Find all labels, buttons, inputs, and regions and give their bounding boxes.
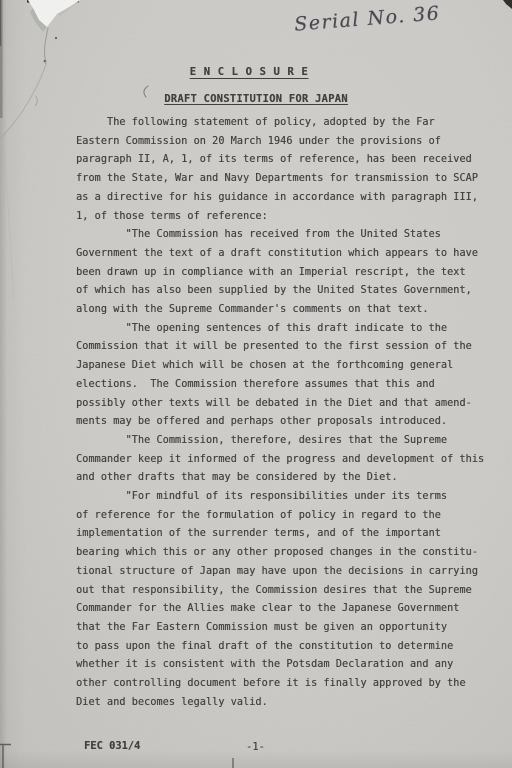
text-line: and other drafts that may be considered … bbox=[76, 469, 486, 488]
text-line: Diet and becomes legally valid. bbox=[76, 694, 486, 713]
text-line: "For mindful of its responsibilities und… bbox=[76, 488, 486, 507]
text-line: Commission that it will be presented to … bbox=[76, 338, 486, 357]
text-line: Government the text of a draft constitut… bbox=[76, 245, 486, 264]
text-line: Japanese Diet which will be chosen at th… bbox=[76, 357, 486, 376]
text-line: ments may be offered and perhaps other p… bbox=[76, 413, 486, 432]
torn-corner bbox=[28, 0, 80, 62]
text-line: Commander keep it informed of the progre… bbox=[76, 451, 486, 470]
text-line: "The Commission, therefore, desires that… bbox=[76, 432, 486, 451]
text-line: been drawn up in compliance with an Impe… bbox=[76, 264, 486, 283]
document-reference-number: FEC 031/4 bbox=[84, 740, 140, 752]
text-line: Commander for the Allies make clear to t… bbox=[76, 600, 486, 619]
text-line: along with the Supreme Commander's comme… bbox=[76, 301, 486, 320]
text-line: implementation of the surrender terms, a… bbox=[76, 525, 486, 544]
handwritten-serial-number: Serial No. 36 bbox=[293, 0, 464, 35]
text-line: Eastern Commission on 20 March 1946 unde… bbox=[76, 133, 486, 152]
text-line: "The Commission has received from the Un… bbox=[76, 226, 486, 245]
enclosure-heading: E N C L O S U R E bbox=[0, 66, 498, 78]
text-line: out that responsibility, the Commission … bbox=[76, 582, 486, 601]
text-line: of which has also been supplied by the U… bbox=[76, 282, 486, 301]
text-line: of reference for the formulation of poli… bbox=[76, 507, 486, 526]
text-line: paragraph II, A, 1, of its terms of refe… bbox=[76, 151, 486, 170]
text-line: from the State, War and Navy Departments… bbox=[76, 170, 486, 189]
text-line: whether it is consistent with the Potsda… bbox=[76, 656, 486, 675]
text-line: 1, of those terms of reference: bbox=[76, 208, 486, 227]
text-line: other controlling document before it is … bbox=[76, 675, 486, 694]
text-line: to pass upon the final draft of the cons… bbox=[76, 638, 486, 657]
page-number: -1- bbox=[246, 741, 265, 753]
text-line: The following statement of policy, adopt… bbox=[76, 114, 486, 133]
document-title: DRAFT CONSTITUTION FOR JAPAN bbox=[0, 93, 512, 105]
text-line: tional structure of Japan may have upon … bbox=[76, 563, 486, 582]
text-line: that the Far Eastern Commission must be … bbox=[76, 619, 486, 638]
text-line: "The opening sentences of this draft ind… bbox=[76, 320, 486, 339]
text-line: possibly other texts will be debated in … bbox=[76, 395, 486, 414]
text-line: bearing which this or any other proposed… bbox=[76, 544, 486, 563]
text-line: as a directive for his guidance in accor… bbox=[76, 189, 486, 208]
scanned-document-page: Serial No. 36 E N C L O S U R E DRAFT CO… bbox=[0, 0, 512, 768]
document-body: The following statement of policy, adopt… bbox=[76, 114, 486, 713]
text-line: elections. The Commission therefore assu… bbox=[76, 376, 486, 395]
